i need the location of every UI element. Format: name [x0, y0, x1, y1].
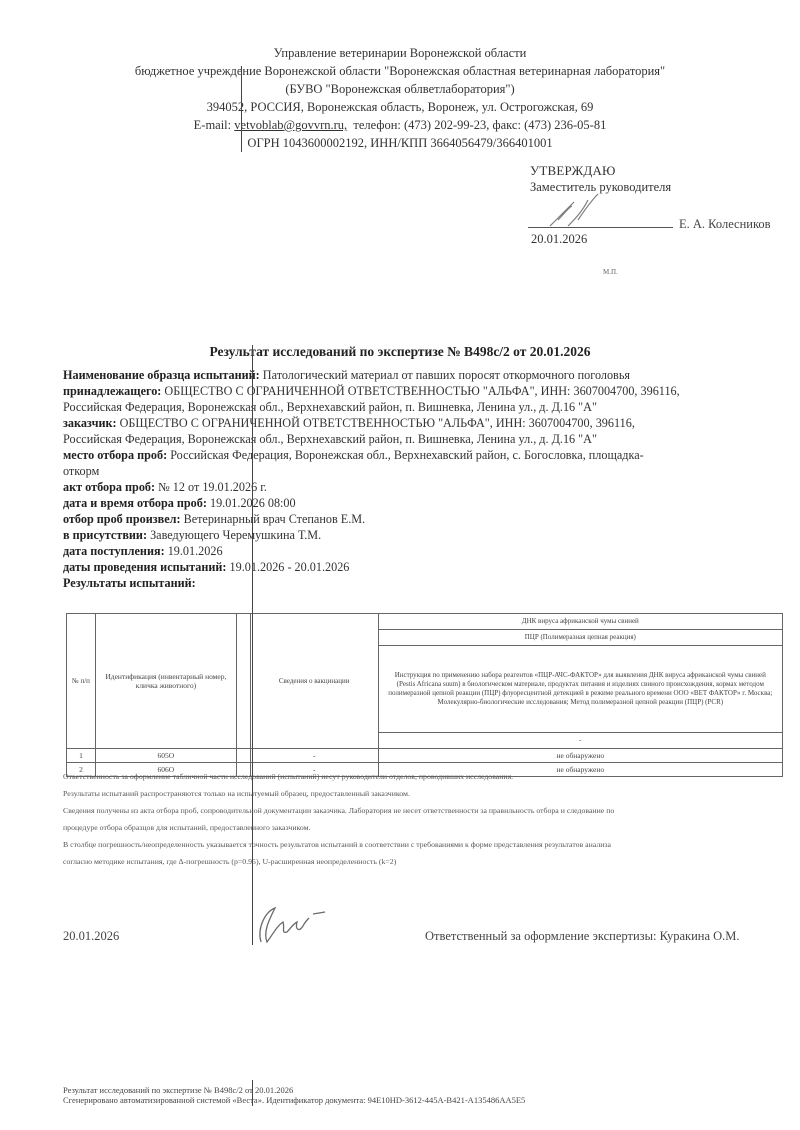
email-link[interactable]: vetvoblab@govvrn.ru, — [234, 118, 347, 132]
phone-fax: телефон: (473) 202-99-23, факс: (473) 23… — [353, 118, 606, 132]
col-header-vaccination: Сведения о вакцинации — [250, 614, 378, 749]
note-line: процедуре отбора образцов для испытаний,… — [63, 819, 785, 836]
test-dates-value: 19.01.2026 - 20.01.2026 — [230, 560, 350, 574]
header-line-address: 394052, РОССИЯ, Воронежская область, Вор… — [0, 99, 800, 116]
note-line: Сведения получены из акта отбора проб, с… — [63, 802, 785, 819]
email-label: E-mail: — [194, 118, 232, 132]
row-ident: 605О — [95, 749, 236, 763]
header-line-institution: бюджетное учреждение Воронежской области… — [0, 63, 800, 80]
sample-info: Наименование образца испытаний: Патологи… — [63, 367, 788, 591]
scan-artifact-line — [252, 345, 253, 945]
footer-doc-ref: Результат исследований по экспертизе № В… — [63, 1085, 525, 1095]
table-row: 1 605О - не обнаружено — [67, 749, 783, 763]
results-table: № п/п Идентификация (инвентарный номер, … — [66, 613, 783, 777]
customer-label: заказчик: — [63, 416, 117, 430]
approval-date: 20.01.2026 — [531, 232, 587, 247]
customer-address: Российская Федерация, Воронежская обл., … — [63, 432, 597, 446]
header-line-department: Управление ветеринарии Воронежской облас… — [0, 45, 800, 62]
footer-date: 20.01.2026 — [63, 929, 119, 944]
sampling-place-label: место отбора проб: — [63, 448, 167, 462]
col-header-method-doc: Инструкция по применению набора реагенто… — [378, 646, 782, 733]
col-header-method-short: ПЦР (Полимеразная цепная реакция) — [378, 630, 782, 646]
sampling-place-value-cont: откорм — [63, 464, 99, 478]
results-label: Результаты испытаний: — [63, 576, 196, 590]
sampled-by-label: отбор проб произвел: — [63, 512, 181, 526]
header-line-short-name: (БУВО "Воронежская облветлаборатория") — [0, 81, 800, 98]
test-dates-label: даты проведения испытаний: — [63, 560, 227, 574]
responsible-signature-icon — [255, 898, 345, 948]
col-header-indicator: ДНК вируса африканской чумы свиней — [378, 614, 782, 630]
row-num: 1 — [67, 749, 96, 763]
owner-label: принадлежащего: — [63, 384, 161, 398]
row-result: не обнаружено — [378, 749, 782, 763]
owner-address: Российская Федерация, Воронежская обл., … — [63, 400, 597, 414]
row-extra — [236, 749, 250, 763]
presence-value: Заведующего Черемушкина Т.М. — [150, 528, 321, 542]
document-title: Результат исследований по экспертизе № В… — [0, 344, 800, 360]
approval-signature-line — [528, 227, 673, 228]
table-header-row: № п/п Идентификация (инвентарный номер, … — [67, 614, 783, 630]
col-header-extra — [236, 614, 250, 749]
receipt-date-value: 19.01.2026 — [168, 544, 223, 558]
header-line-registration: ОГРН 1043600002192, ИНН/КПП 3664056479/3… — [0, 135, 800, 152]
scan-artifact-line — [241, 66, 242, 152]
receipt-date-label: дата поступления: — [63, 544, 165, 558]
page-footer: Результат исследований по экспертизе № В… — [63, 1085, 525, 1105]
sampling-act-label: акт отбора проб: — [63, 480, 155, 494]
footer-generated-by: Сгенерировано автоматизированной системо… — [63, 1095, 525, 1105]
sampling-datetime-label: дата и время отбора проб: — [63, 496, 207, 510]
notes-block: Ответственность за оформление табличной … — [63, 768, 785, 870]
row-vaccination: - — [250, 749, 378, 763]
sampling-place-value: Российская Федерация, Воронежская обл., … — [170, 448, 643, 462]
approver-signature-icon — [548, 190, 628, 230]
sampled-by-value: Ветеринарный врач Степанов Е.М. — [184, 512, 366, 526]
stamp-place-label: М.П. — [603, 268, 618, 276]
presence-label: в присутствии: — [63, 528, 147, 542]
col-header-ident: Идентификация (инвентарный номер, кличка… — [95, 614, 236, 749]
approver-name: Е. А. Колесников — [679, 217, 771, 232]
responsible-person: Ответственный за оформление экспертизы: … — [425, 929, 740, 944]
note-line: согласно методике испытания, где Δ-погре… — [63, 853, 785, 870]
approval-title: УТВЕРЖДАЮ — [530, 163, 671, 179]
sample-name-value: Патологический материал от павших порося… — [263, 368, 630, 382]
sample-name-label: Наименование образца испытаний: — [63, 368, 260, 382]
note-line: Ответственность за оформление табличной … — [63, 768, 785, 785]
col-header-norm: - — [378, 732, 782, 748]
note-line: Результаты испытаний распространяются то… — [63, 785, 785, 802]
note-line: В столбце погрешность/неопределенность у… — [63, 836, 785, 853]
col-header-num: № п/п — [67, 614, 96, 749]
header-line-contacts: E-mail: vetvoblab@govvrn.ru, телефон: (4… — [0, 117, 800, 134]
owner-value: ОБЩЕСТВО С ОГРАНИЧЕННОЙ ОТВЕТСТВЕННОСТЬЮ… — [164, 384, 679, 398]
customer-value: ОБЩЕСТВО С ОГРАНИЧЕННОЙ ОТВЕТСТВЕННОСТЬЮ… — [120, 416, 635, 430]
sampling-act-value: № 12 от 19.01.2026 г. — [158, 480, 267, 494]
